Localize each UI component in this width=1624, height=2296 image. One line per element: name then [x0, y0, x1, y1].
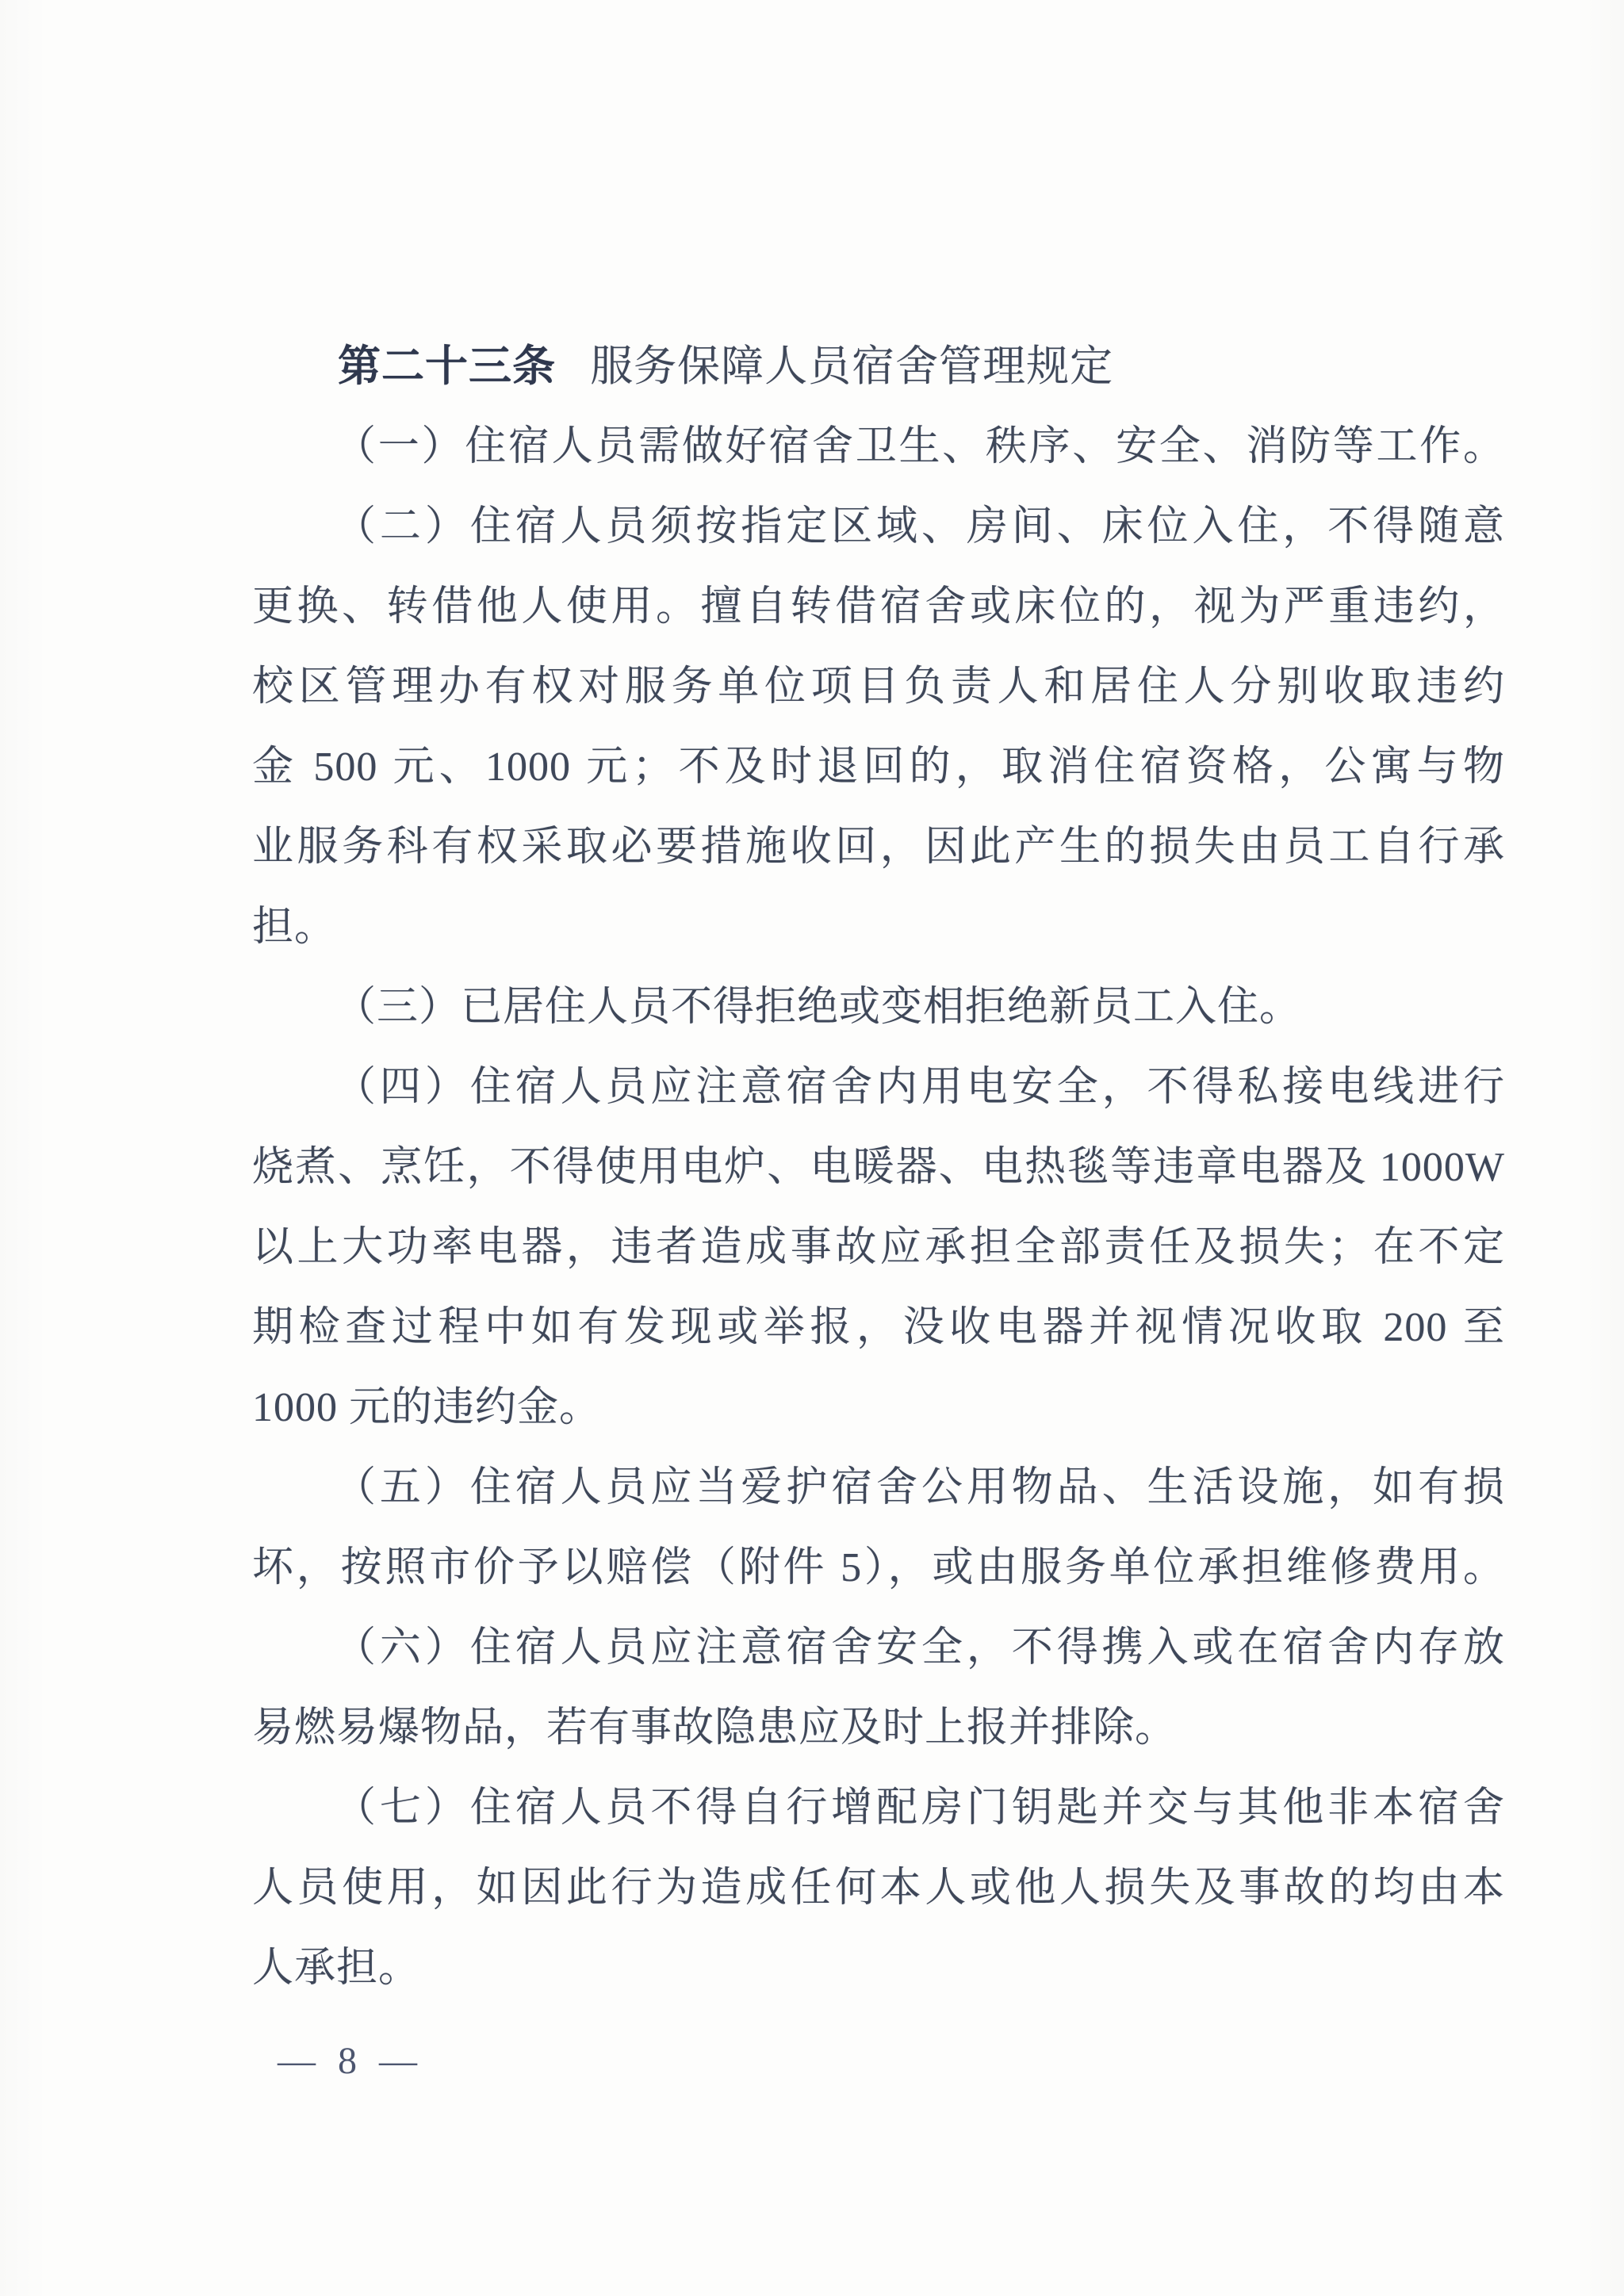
body-line: 期检查过程中如有发现或举报，没收电器并视情况收取 200 至	[252, 1288, 1505, 1368]
article-number: 第二十三条	[338, 342, 556, 390]
body-line: 金 500 元、1000 元；不及时退回的，取消住宿资格，公寓与物	[252, 727, 1505, 807]
body-line: 烧煮、烹饪，不得使用电炉、电暖器、电热毯等违章电器及 1000W	[252, 1127, 1505, 1207]
body-line: 担。	[252, 887, 1505, 967]
body-line: （二）住宿人员须按指定区域、房间、床位入住，不得随意	[252, 487, 1505, 567]
body-line: 1000 元的违约金。	[252, 1368, 1505, 1448]
body-line: 坏，按照市价予以赔偿（附件 5），或由服务单位承担维修费用。	[252, 1528, 1505, 1608]
body-line: （四）住宿人员应注意宿舍内用电安全，不得私接电线进行	[252, 1047, 1505, 1127]
body-line: 以上大功率电器，违者造成事故应承担全部责任及损失；在不定	[252, 1207, 1505, 1288]
body-line: （三）已居住人员不得拒绝或变相拒绝新员工入住。	[252, 967, 1505, 1047]
body-line: 易燃易爆物品，若有事故隐患应及时上报并排除。	[252, 1688, 1505, 1768]
body-line: （五）住宿人员应当爱护宿舍公用物品、生活设施，如有损	[252, 1448, 1505, 1528]
page-number-dash-left: —	[278, 2039, 316, 2083]
title-line: 第二十三条服务保障人员宿舍管理规定	[252, 327, 1505, 407]
body-line: （一）住宿人员需做好宿舍卫生、秩序、安全、消防等工作。	[252, 407, 1505, 487]
body-line: 更换、转借他人使用。擅自转借宿舍或床位的，视为严重违约，	[252, 567, 1505, 647]
body-line: （六）住宿人员应注意宿舍安全，不得携入或在宿舍内存放	[252, 1608, 1505, 1688]
body-line: 业服务科有权采取必要措施收回，因此产生的损失由员工自行承	[252, 807, 1505, 887]
body-line: 人员使用，如因此行为造成任何本人或他人损失及事故的均由本	[252, 1848, 1505, 1928]
page-number-value: 8	[338, 2039, 357, 2083]
document-body: 第二十三条服务保障人员宿舍管理规定 （一）住宿人员需做好宿舍卫生、秩序、安全、消…	[252, 327, 1505, 2008]
body-line: 人承担。	[252, 1928, 1505, 2008]
body-line: （七）住宿人员不得自行增配房门钥匙并交与其他非本宿舍	[252, 1768, 1505, 1848]
body-line: 校区管理办有权对服务单位项目负责人和居住人分别收取违约	[252, 647, 1505, 727]
article-title: 服务保障人员宿舍管理规定	[590, 342, 1113, 390]
page-number: — 8 —	[278, 2039, 417, 2083]
page-number-dash-right: —	[379, 2039, 417, 2083]
document-page: 第二十三条服务保障人员宿舍管理规定 （一）住宿人员需做好宿舍卫生、秩序、安全、消…	[0, 0, 1624, 2296]
